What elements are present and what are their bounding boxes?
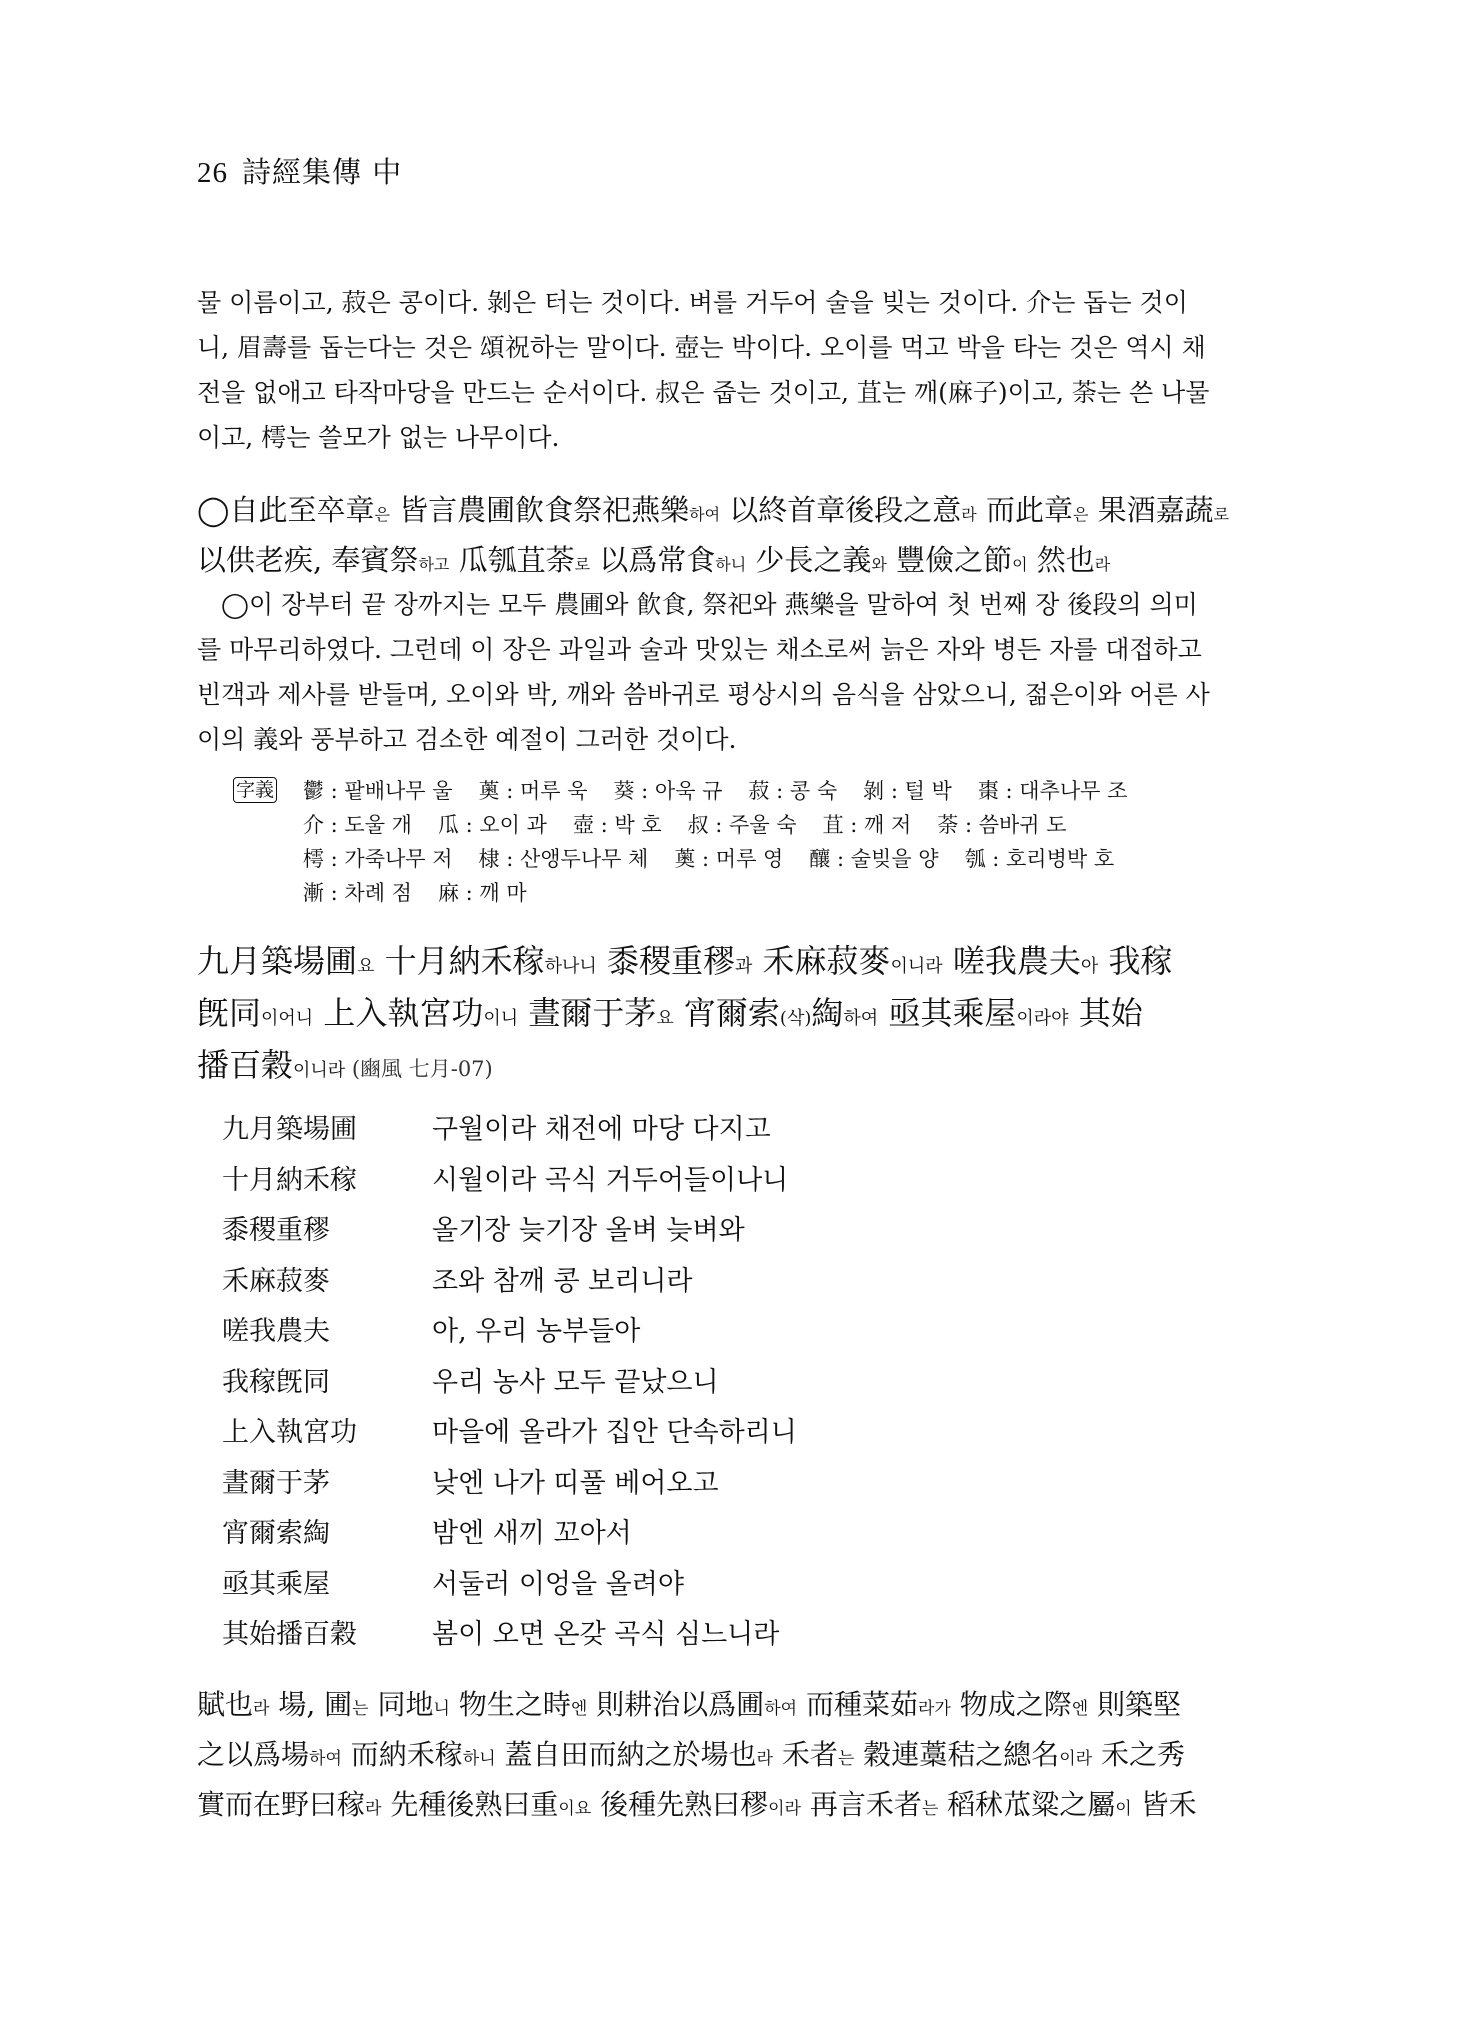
glossary-row: 樗 : 가죽나무 저棣 : 산앵두나무 체薁 : 머루 영釀 : 술빚을 양瓠 … — [303, 842, 1153, 876]
glossary-entry: 樗 : 가죽나무 저 — [303, 847, 453, 871]
text-line: ◯自此至卒章은 皆言農圃飮食祭祀燕樂하여 以終首章後段之意라 而此章은 果酒嘉蔬… — [197, 485, 1287, 535]
glossary-entry: 荼 : 씀바귀 도 — [937, 813, 1066, 837]
particle-text: 이요 — [558, 1799, 591, 1819]
hanja-text: 物成之際 — [951, 1688, 1072, 1721]
particle-text: 엔 — [1072, 1699, 1088, 1719]
hanja-text: 九月築場圃 — [197, 942, 357, 980]
particle-text: 와 — [871, 555, 886, 574]
particle-text: 이라야 — [1016, 1008, 1068, 1029]
hanja-text: 則耕治以爲圃 — [587, 1688, 764, 1721]
text-line: 빈객과 제사를 받들며, 오이와 박, 깨와 씀바귀로 평상시의 음식을 삼았으… — [197, 672, 1287, 717]
hanja-text: 旣同 — [197, 994, 261, 1032]
hanja-text: 同地 — [369, 1688, 434, 1721]
particle-text: 는 — [838, 1749, 854, 1769]
glossary-row: 漸 : 차례 점麻 : 깨 마 — [303, 876, 1153, 910]
hanja-text: 賦也 — [197, 1688, 253, 1721]
glossary-entry: 葵 : 아욱 규 — [614, 779, 723, 803]
glossary-entry: 棣 : 산앵두나무 체 — [479, 847, 649, 871]
hanja-text: 稻秫苽粱之屬 — [938, 1788, 1115, 1821]
hanja-text: 果酒嘉蔬 — [1088, 493, 1213, 527]
particle-text: 하고 — [418, 555, 449, 574]
hanja-text: 我稼 — [1098, 942, 1172, 980]
text-line: ◯이 장부터 끝 장까지는 모두 農圃와 飮食, 祭祀와 燕樂을 말하여 첫 번… — [197, 582, 1287, 627]
particle-text: 과 — [735, 956, 752, 977]
running-header: 26詩經集傳 中 — [197, 150, 402, 191]
particle-text: 하니 — [715, 555, 746, 574]
glossary-entry: 鬱 : 팥배나무 울 — [303, 779, 453, 803]
text-line: 니, 眉壽를 돕는다는 것은 頌祝하는 말이다. 壺는 박이다. 오이를 먹고 … — [197, 325, 1287, 370]
korean-translation: 밤엔 새끼 꼬아서 — [432, 1509, 632, 1560]
particle-text: 요 — [357, 956, 374, 977]
hanja-text: 宵爾索 — [674, 994, 780, 1032]
hanja-text: 再言禾者 — [801, 1788, 922, 1821]
hanja-text: 之以爲場 — [197, 1738, 309, 1771]
particle-text: 이 — [1115, 1799, 1131, 1819]
hanja-text: 禾之秀 — [1092, 1738, 1185, 1771]
particle-text: 라가 — [918, 1699, 951, 1719]
poem-source: (豳風 七月-07) — [345, 1057, 493, 1081]
particle-text: 아 — [1081, 956, 1098, 977]
text-line: 전을 없애고 타작마당을 만드는 순서이다. 叔은 줍는 것이고, 苴는 깨(麻… — [197, 370, 1287, 415]
particle-text: 은 — [1073, 505, 1088, 524]
hanja-text: 皆言農圃飮食祭祀燕樂 — [390, 493, 689, 527]
particle-text: 하여 — [764, 1699, 797, 1719]
glossary-entry: 釀 : 술빚을 양 — [809, 847, 938, 871]
hanja-verse: 嗟我農夫 — [222, 1307, 432, 1358]
particle-text: 하나니 — [545, 956, 597, 977]
hanja-text: 播百穀 — [197, 1046, 293, 1084]
glossary-entry: 剝 : 털 박 — [863, 779, 952, 803]
hanja-text: 而納禾稼 — [342, 1738, 463, 1771]
glossary-entry: 叔 : 주울 숙 — [688, 813, 797, 837]
particle-text: 는 — [922, 1799, 938, 1819]
hanja-text: 豐儉之節 — [887, 543, 1012, 577]
translation-row: 其始播百穀봄이 오면 온갖 곡식 심느니라 — [222, 1610, 797, 1661]
particle-text: 이어니 — [261, 1008, 313, 1029]
hanja-text: 晝爾于茅 — [518, 994, 656, 1032]
hanja-verse: 十月納禾稼 — [222, 1156, 432, 1207]
particle-text: 이라 — [1059, 1749, 1092, 1769]
glossary-badge: 字義 — [233, 777, 277, 803]
glossary-entry: 介 : 도울 개 — [303, 813, 412, 837]
glossary-entry: 瓠 : 호리병박 호 — [965, 847, 1115, 871]
glossary-row: 鬱 : 팥배나무 울薁 : 머루 욱葵 : 아욱 규菽 : 콩 숙剝 : 털 박… — [303, 774, 1153, 808]
particle-text: 니 — [434, 1699, 450, 1719]
particle-text: 는 — [352, 1699, 368, 1719]
translation-row: 我稼旣同우리 농사 모두 끝났으니 — [222, 1358, 797, 1409]
korean-translation: 봄이 오면 온갖 곡식 심느니라 — [432, 1610, 779, 1661]
korean-translation: 마을에 올라가 집안 단속하리니 — [432, 1408, 797, 1459]
hanja-text: 瓜瓠苴荼 — [449, 543, 574, 577]
translation-row: 嗟我農夫아, 우리 농부들아 — [222, 1307, 797, 1358]
page-number: 26 — [197, 157, 228, 189]
hanja-text: 其始 — [1069, 994, 1143, 1032]
commentary-translation-paragraph: 물 이름이고, 菽은 콩이다. 剝은 터는 것이다. 벼를 거두어 술을 빚는 … — [197, 280, 1287, 460]
translation-row: 亟其乘屋서둘러 이엉을 올려야 — [222, 1560, 797, 1611]
hanja-text: 嗟我農夫 — [943, 942, 1081, 980]
hanja-text: 以爲常食 — [590, 543, 715, 577]
text-line: 물 이름이고, 菽은 콩이다. 剝은 터는 것이다. 벼를 거두어 술을 빚는 … — [197, 280, 1287, 325]
particle-text: 이 — [1012, 555, 1027, 574]
hanja-verse: 九月築場圃 — [222, 1105, 432, 1156]
translation-row: 九月築場圃구월이라 채전에 마당 다지고 — [222, 1105, 797, 1156]
korean-translation: 아, 우리 농부들아 — [432, 1307, 640, 1358]
hanja-text: 綯 — [811, 994, 843, 1032]
particle-text: 라 — [253, 1699, 269, 1719]
hanja-text: 少長之義 — [746, 543, 871, 577]
hanja-text: 亟其乘屋 — [878, 994, 1016, 1032]
glossary-entry: 薁 : 머루 욱 — [479, 779, 588, 803]
hanja-text: 禾麻菽麥 — [752, 942, 890, 980]
glossary-entry: 壺 : 박 호 — [573, 813, 662, 837]
translation-row: 禾麻菽麥조와 참깨 콩 보리니라 — [222, 1257, 797, 1308]
classical-commentary-paragraph: ◯自此至卒章은 皆言農圃飮食祭祀燕樂하여 以終首章後段之意라 而此章은 果酒嘉蔬… — [197, 485, 1287, 585]
particle-text: 하여 — [843, 1008, 878, 1029]
korean-translation: 우리 농사 모두 끝났으니 — [432, 1358, 719, 1409]
hanja-text: 皆禾 — [1132, 1788, 1197, 1821]
hanja-text: 後種先熟曰穋 — [591, 1788, 768, 1821]
hanja-text: 而種菜茹 — [797, 1688, 918, 1721]
particle-text: 이라 — [768, 1799, 801, 1819]
poem-line: 九月築場圃요 十月納禾稼하나니 黍稷重穋과 禾麻菽麥이니라 嗟我農夫아 我稼 — [197, 935, 1287, 987]
translation-row: 上入執宮功마을에 올라가 집안 단속하리니 — [222, 1408, 797, 1459]
hanja-verse: 晝爾于茅 — [222, 1459, 432, 1510]
hanja-text: 十月納禾稼 — [374, 942, 544, 980]
hanja-text: 上入執宮功 — [313, 994, 483, 1032]
translation-row: 晝爾于茅낮엔 나가 띠풀 베어오고 — [222, 1459, 797, 1510]
particle-text: 은 — [374, 505, 389, 524]
korean-translation: 조와 참깨 콩 보리니라 — [432, 1257, 693, 1308]
particle-text: 라 — [365, 1799, 381, 1819]
book-title: 詩經集傳 中 — [242, 155, 402, 189]
poem-line: 旣同이어니 上入執宮功이니 晝爾于茅요 宵爾索(삭)綯하여 亟其乘屋이라야 其始 — [197, 987, 1287, 1039]
glossary-entry: 漸 : 차례 점 — [303, 881, 412, 905]
glossary-entry: 麻 : 깨 마 — [438, 881, 527, 905]
korean-translation: 서둘러 이엉을 올려야 — [432, 1560, 684, 1611]
hanja-text: 以終首章後段之意 — [720, 493, 961, 527]
particle-text: 하여 — [309, 1749, 342, 1769]
text-line: 이고, 樗는 쓸모가 없는 나무이다. — [197, 415, 1287, 460]
hanja-verse: 黍稷重穋 — [222, 1206, 432, 1257]
glossary-row: 介 : 도울 개瓜 : 오이 과壺 : 박 호叔 : 주울 숙苴 : 깨 저荼 … — [303, 808, 1153, 842]
text-line: 實而在野曰稼라 先種後熟曰重이요 後種先熟曰穋이라 再言禾者는 稻秫苽粱之屬이 … — [197, 1780, 1287, 1830]
glossary-entry: 瓜 : 오이 과 — [438, 813, 547, 837]
particle-text: 엔 — [571, 1699, 587, 1719]
hanja-text: 穀連藁秸之總名 — [854, 1738, 1059, 1771]
translation-table: 九月築場圃구월이라 채전에 마당 다지고十月納禾稼시월이라 곡식 거두어들이나니… — [222, 1105, 797, 1661]
glossary-rows: 鬱 : 팥배나무 울薁 : 머루 욱葵 : 아욱 규菽 : 콩 숙剝 : 털 박… — [303, 774, 1153, 910]
hanja-verse: 我稼旣同 — [222, 1358, 432, 1409]
translation-row: 宵爾索綯밤엔 새끼 꼬아서 — [222, 1509, 797, 1560]
hanja-verse: 禾麻菽麥 — [222, 1257, 432, 1308]
particle-text: 라 — [961, 505, 976, 524]
korean-translation: 구월이라 채전에 마당 다지고 — [432, 1105, 771, 1156]
poem-stanza: 九月築場圃요 十月納禾稼하나니 黍稷重穋과 禾麻菽麥이니라 嗟我農夫아 我稼 旣… — [197, 935, 1287, 1091]
particle-text: 라 — [757, 1749, 773, 1769]
exegesis-paragraph: 賦也라 場, 圃는 同地니 物生之時엔 則耕治以爲圃하여 而種菜茹라가 物成之際… — [197, 1680, 1287, 1830]
hanja-text: 先種後熟曰重 — [381, 1788, 558, 1821]
particle-text: 라 — [1095, 555, 1110, 574]
hanja-text: 實而在野曰稼 — [197, 1788, 365, 1821]
text-line: 以供老疾, 奉賓祭하고 瓜瓠苴荼로 以爲常食하니 少長之義와 豐儉之節이 然也라 — [197, 535, 1287, 585]
translation-row: 十月納禾稼시월이라 곡식 거두어들이나니 — [222, 1156, 797, 1207]
glossary-entry: 苴 : 깨 저 — [823, 813, 912, 837]
particle-text: 로 — [575, 555, 590, 574]
hanja-text: 則築堅 — [1088, 1688, 1181, 1721]
poem-line: 播百穀이니라 (豳風 七月-07) — [197, 1039, 1287, 1091]
hanja-verse: 宵爾索綯 — [222, 1509, 432, 1560]
particle-text: 이니라 — [891, 956, 943, 977]
text-line: 이의 義와 풍부하고 검소한 예절이 그러한 것이다. — [197, 717, 1287, 762]
particle-text: 요 — [656, 1008, 673, 1029]
hanja-text: ◯自此至卒章 — [197, 493, 374, 527]
hanja-verse: 亟其乘屋 — [222, 1560, 432, 1611]
hanja-text: 以供老疾, 奉賓祭 — [197, 543, 418, 577]
particle-text: 이니 — [483, 1008, 518, 1029]
particle-text: 로 — [1214, 505, 1229, 524]
particle-text: 이니라 — [293, 1060, 345, 1081]
hanja-text: 而此章 — [977, 493, 1073, 527]
text-line: 賦也라 場, 圃는 同地니 物生之時엔 則耕治以爲圃하여 而種菜茹라가 物成之際… — [197, 1680, 1287, 1730]
glossary-entry: 棗 : 대추나무 조 — [978, 779, 1128, 803]
hanja-text: 物生之時 — [450, 1688, 571, 1721]
korean-commentary-paragraph: ◯이 장부터 끝 장까지는 모두 農圃와 飮食, 祭祀와 燕樂을 말하여 첫 번… — [197, 582, 1287, 762]
hanja-verse: 其始播百穀 — [222, 1610, 432, 1661]
particle-text: 하니 — [463, 1749, 496, 1769]
particle-text: 하여 — [689, 505, 720, 524]
korean-translation: 올기장 늦기장 올벼 늦벼와 — [432, 1206, 745, 1257]
hanja-verse: 上入執宮功 — [222, 1408, 432, 1459]
korean-translation: 낮엔 나가 띠풀 베어오고 — [432, 1459, 719, 1510]
glossary-entry: 薁 : 머루 영 — [674, 847, 783, 871]
hanja-text: 蓋自田而納之於場也 — [496, 1738, 757, 1771]
hanja-text: 禾者 — [773, 1738, 838, 1771]
hanja-text: 黍稷重穋 — [597, 942, 735, 980]
glossary-entry: 菽 : 콩 숙 — [748, 779, 837, 803]
particle-text: (삭) — [780, 1008, 811, 1029]
poem-text: 播百穀이니라 — [197, 1046, 345, 1084]
hanja-text: 場, 圃 — [269, 1688, 352, 1721]
translation-row: 黍稷重穋올기장 늦기장 올벼 늦벼와 — [222, 1206, 797, 1257]
hanja-text: 然也 — [1028, 543, 1095, 577]
text-line: 를 마무리하였다. 그런데 이 장은 과일과 술과 맛있는 채소로써 늙은 자와… — [197, 627, 1287, 672]
text-line: 之以爲場하여 而納禾稼하니 蓋自田而納之於場也라 禾者는 穀連藁秸之總名이라 禾… — [197, 1730, 1287, 1780]
korean-translation: 시월이라 곡식 거두어들이나니 — [432, 1156, 788, 1207]
